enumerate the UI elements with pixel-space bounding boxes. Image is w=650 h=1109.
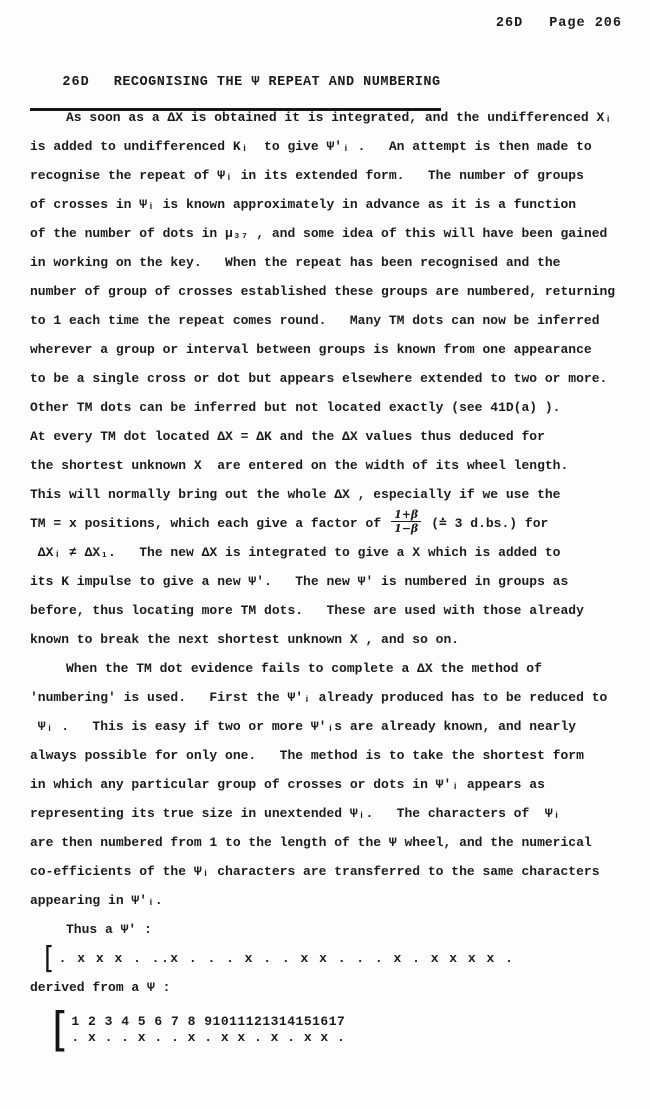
body-text: As soon as a ΔΧ is obtained it is integr… [30,103,634,1049]
header-page-number: Page 206 [549,16,622,31]
heading-title: RECOGNISING THE Ψ REPEAT AND NUMBERING [114,75,441,90]
text-line: in working on the key. When the repeat h… [30,248,634,277]
fraction: 1+β1−β [391,509,421,534]
text-line: appearing in Ψ′ᵢ. [30,886,634,915]
text-line: before, thus locating more TM dots. Thes… [30,596,634,625]
text-line: representing its true size in unextended… [30,799,634,828]
heading-section-number: 26D [62,75,89,90]
header-section-code: 26D [496,16,523,31]
derived-from-label: derived from a Ψ : [30,973,634,1002]
text-line: always possible for only one. The method… [30,741,634,770]
text-line: of crosses in Ψᵢ is known approximately … [30,190,634,219]
text-line: As soon as a ΔΧ is obtained it is integr… [30,103,634,132]
text-line: of the number of dots in μ₃₇ , and some … [30,219,634,248]
text-line: the shortest unknown Χ are entered on th… [30,451,634,480]
text-line: in which any particular group of crosses… [30,770,634,799]
text-line: to 1 each time the repeat comes round. M… [30,306,634,335]
wheel-marks-row: . x . . x . . x . x x . x . x x . [71,1030,345,1046]
wheel-rows: 1 2 3 4 5 6 7 8 91011121314151617 . x . … [71,1014,345,1046]
text-line: This will normally bring out the whole Δ… [30,480,634,509]
page-header: 26D Page 206 [496,16,622,31]
thus-label: Thus a Ψ′ : [30,915,634,944]
text-line: recognise the repeat of Ψᵢ in its extend… [30,161,634,190]
text-line: Ψᵢ . This is easy if two or more Ψ′ᵢs ar… [30,712,634,741]
text-line: is added to undifferenced Kᵢ to give Ψ′ᵢ… [30,132,634,161]
text-line: are then numbered from 1 to the length o… [30,828,634,857]
document-page: 26D Page 206 26DRECOGNISING THE Ψ REPEAT… [0,0,650,1109]
text-line: 'numbering' is used. First the Ψ′ᵢ alrea… [30,683,634,712]
text-line: When the TM dot evidence fails to comple… [30,654,634,683]
text-line: Other TM dots can be inferred but not lo… [30,393,634,422]
text-line: to be a single cross or dot but appears … [30,364,634,393]
text-line: its K impulse to give a new Ψ′. The new … [30,567,634,596]
text-line: known to break the next shortest unknown… [30,625,634,654]
wheel-numbers-row: 1 2 3 4 5 6 7 8 91011121314151617 [71,1014,345,1030]
left-bracket-icon: [ [52,1009,68,1051]
text-line: co-efficients of the Ψᵢ characters are t… [30,857,634,886]
text-line: At every TM dot located ΔΧ = ΔK and the … [30,422,634,451]
psi-wheel-table: [ 1 2 3 4 5 6 7 8 91011121314151617 . x … [52,1011,634,1049]
fraction-numerator: 1+β [391,509,421,522]
psi-prime-example-row: [. x x x . ..x . . . x . . x x . . . x .… [30,944,634,973]
left-bracket-icon: [ [44,943,56,976]
fraction-line-before: TM = x positions, which each give a fact… [30,516,381,531]
psi-prime-sequence: . x x x . ..x . . . x . . x x . . . x . … [59,951,515,966]
text-line-with-fraction: TM = x positions, which each give a fact… [30,509,634,538]
text-line: ΔΧᵢ ≠ ΔX₁. The new ΔΧ is integrated to g… [30,538,634,567]
text-line: number of group of crosses established t… [30,277,634,306]
fraction-denominator: 1−β [391,522,421,534]
fraction-line-after: (≐ 3 d.bs.) for [431,516,548,531]
text-line: wherever a group or interval between gro… [30,335,634,364]
